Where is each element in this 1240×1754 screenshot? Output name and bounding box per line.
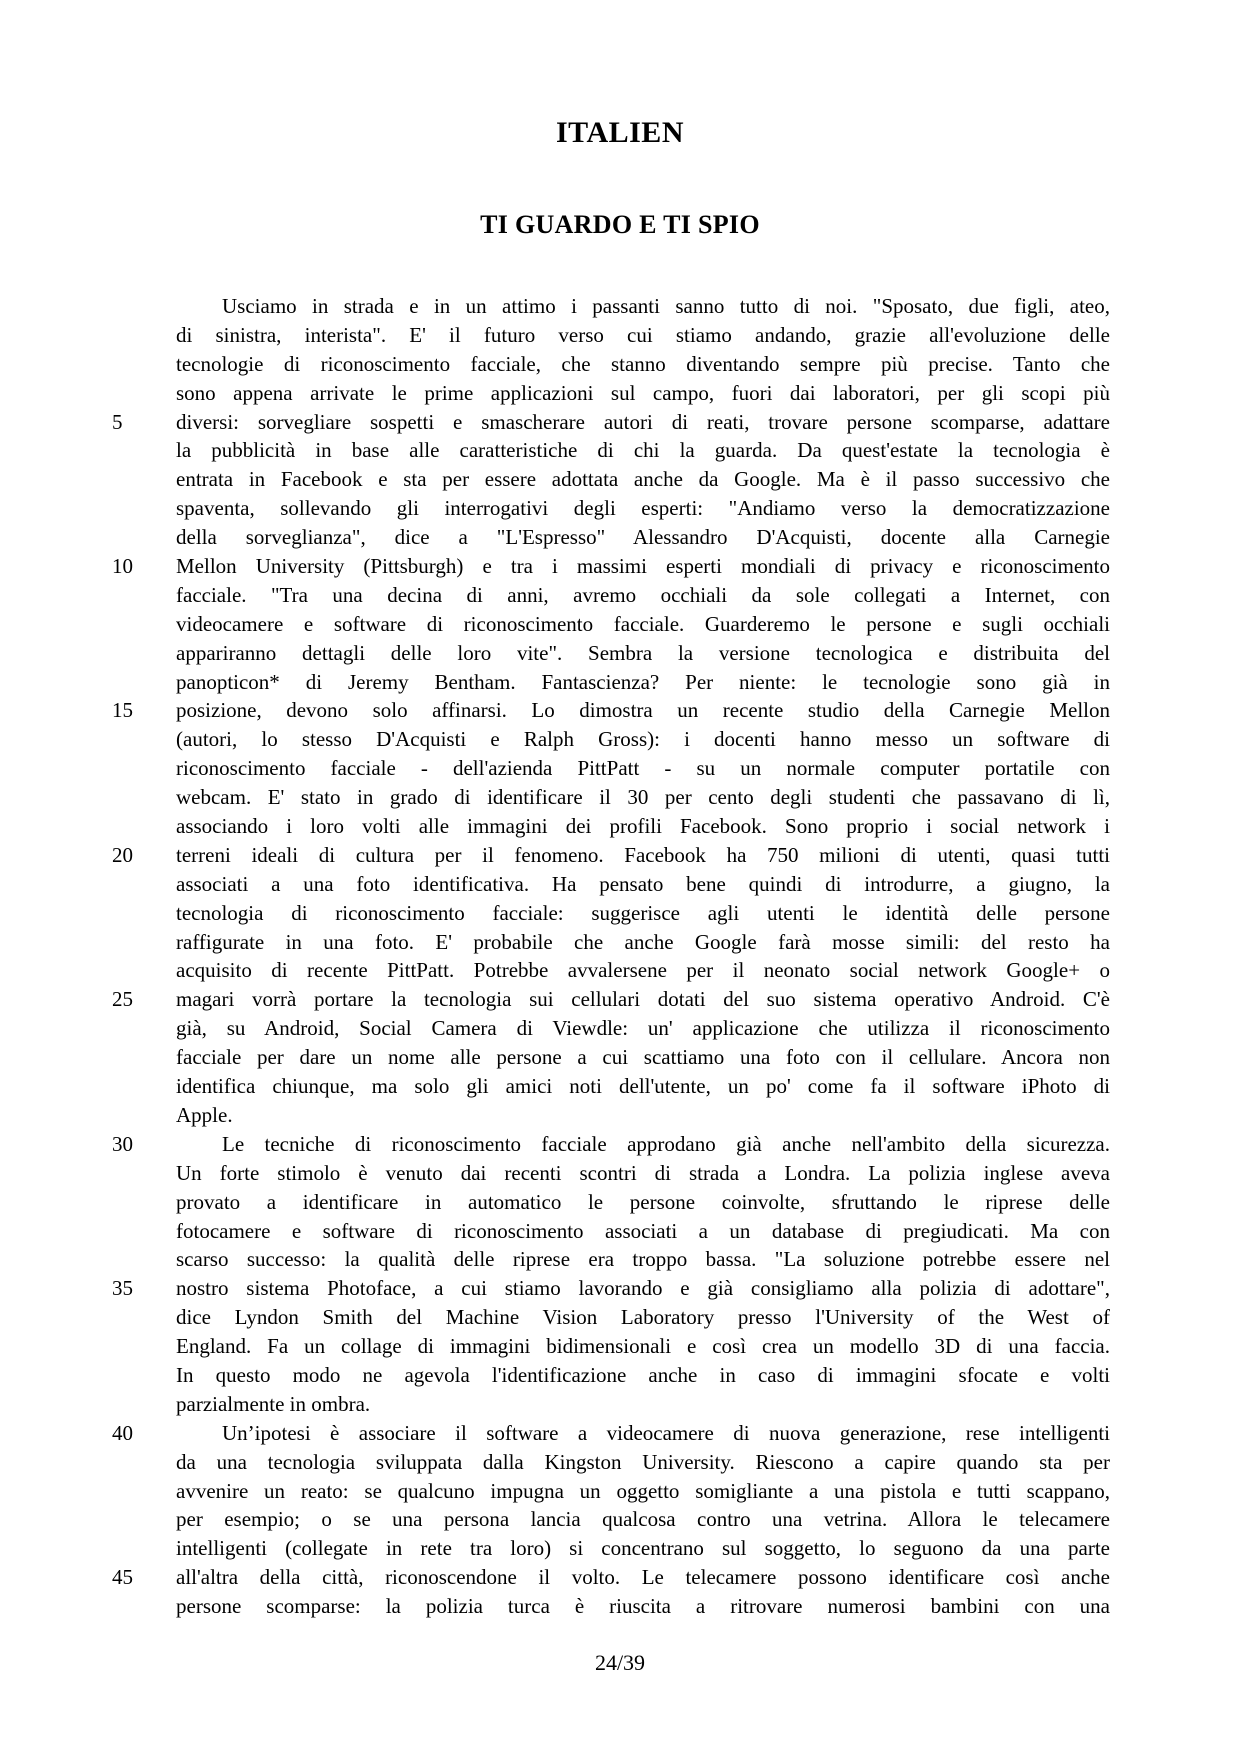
line-number <box>112 1477 176 1506</box>
text-line: parzialmente in ombra. <box>112 1390 1110 1419</box>
line-text: Mellon University (Pittsburgh) e tra i m… <box>176 552 1110 581</box>
page-number: 24/39 <box>0 1650 1240 1676</box>
line-number <box>112 610 176 639</box>
line-number: 25 <box>112 985 176 1014</box>
line-number <box>112 1505 176 1534</box>
text-line: spaventa, sollevando gli interrogativi d… <box>112 494 1110 523</box>
text-body: Usciamo in strada e in un attimo i passa… <box>112 292 1110 1621</box>
line-text: posizione, devono solo affinarsi. Lo dim… <box>176 696 1110 725</box>
line-number <box>112 956 176 985</box>
line-text: facciale per dare un nome alle persone a… <box>176 1043 1110 1072</box>
line-number <box>112 465 176 494</box>
line-text: appariranno dettagli delle loro vite". S… <box>176 639 1110 668</box>
line-number <box>112 1448 176 1477</box>
text-line: entrata in Facebook e sta per essere ado… <box>112 465 1110 494</box>
document-title: ITALIEN <box>0 116 1240 150</box>
line-number: 30 <box>112 1130 176 1159</box>
line-text: tecnologia di riconoscimento facciale: s… <box>176 899 1110 928</box>
text-line: 40 Un’ipotesi è associare il software a … <box>112 1419 1110 1448</box>
text-line: facciale per dare un nome alle persone a… <box>112 1043 1110 1072</box>
line-text: (autori, lo stesso D'Acquisti e Ralph Gr… <box>176 725 1110 754</box>
text-line: England. Fa un collage di immagini bidim… <box>112 1332 1110 1361</box>
text-line: 30 Le tecniche di riconoscimento faccial… <box>112 1130 1110 1159</box>
line-text: avvenire un reato: se qualcuno impugna u… <box>176 1477 1110 1506</box>
line-number <box>112 899 176 928</box>
line-text: nostro sistema Photoface, a cui stiamo l… <box>176 1274 1110 1303</box>
line-number <box>112 1303 176 1332</box>
line-number <box>112 350 176 379</box>
line-text: webcam. E' stato in grado di identificar… <box>176 783 1110 812</box>
text-line: acquisito di recente PittPatt. Potrebbe … <box>112 956 1110 985</box>
text-line: della sorveglianza", dice a "L'Espresso"… <box>112 523 1110 552</box>
text-line: facciale. "Tra una decina di anni, avrem… <box>112 581 1110 610</box>
text-line: di sinistra, interista". E' il futuro ve… <box>112 321 1110 350</box>
line-number <box>112 812 176 841</box>
line-number <box>112 1014 176 1043</box>
line-number <box>112 292 176 321</box>
text-line: la pubblicità in base alle caratteristic… <box>112 436 1110 465</box>
line-text: Le tecniche di riconoscimento facciale a… <box>176 1130 1110 1159</box>
text-line: 20 terreni ideali di cultura per il feno… <box>112 841 1110 870</box>
line-text: panopticon* di Jeremy Bentham. Fantascie… <box>176 668 1110 697</box>
text-line: fotocamere e software di riconoscimento … <box>112 1217 1110 1246</box>
line-number <box>112 1361 176 1390</box>
line-text: già, su Android, Social Camera di Viewdl… <box>176 1014 1110 1043</box>
text-line: raffigurate in una foto. E' probabile ch… <box>112 928 1110 957</box>
text-line: dice Lyndon Smith del Machine Vision Lab… <box>112 1303 1110 1332</box>
line-text: facciale. "Tra una decina di anni, avrem… <box>176 581 1110 610</box>
line-number: 45 <box>112 1563 176 1592</box>
line-number <box>112 523 176 552</box>
text-line: 25 magari vorrà portare la tecnologia su… <box>112 985 1110 1014</box>
line-number: 15 <box>112 696 176 725</box>
line-number <box>112 1534 176 1563</box>
line-text: Un forte stimolo è venuto dai recenti sc… <box>176 1159 1110 1188</box>
line-text: associando i loro volti alle immagini de… <box>176 812 1110 841</box>
text-line: (autori, lo stesso D'Acquisti e Ralph Gr… <box>112 725 1110 754</box>
line-number <box>112 928 176 957</box>
line-number <box>112 321 176 350</box>
line-number <box>112 379 176 408</box>
text-line: panopticon* di Jeremy Bentham. Fantascie… <box>112 668 1110 697</box>
line-number <box>112 668 176 697</box>
line-text: riconoscimento facciale - dell'azienda P… <box>176 754 1110 783</box>
line-number <box>112 1188 176 1217</box>
text-line: per esempio; o se una persona lancia qua… <box>112 1505 1110 1534</box>
line-number <box>112 1390 176 1419</box>
line-text: all'altra della città, riconoscendone il… <box>176 1563 1110 1592</box>
line-number <box>112 1217 176 1246</box>
line-text: tecnologie di riconoscimento facciale, c… <box>176 350 1110 379</box>
line-text: diversi: sorvegliare sospetti e smascher… <box>176 408 1110 437</box>
text-line: In questo modo ne agevola l'identificazi… <box>112 1361 1110 1390</box>
line-number: 5 <box>112 408 176 437</box>
text-line: riconoscimento facciale - dell'azienda P… <box>112 754 1110 783</box>
document-page: ITALIEN TI GUARDO E TI SPIO Usciamo in s… <box>0 0 1240 1754</box>
text-line: persone scomparse: la polizia turca è ri… <box>112 1592 1110 1621</box>
text-line: webcam. E' stato in grado di identificar… <box>112 783 1110 812</box>
line-text: spaventa, sollevando gli interrogativi d… <box>176 494 1110 523</box>
line-text: Usciamo in strada e in un attimo i passa… <box>176 292 1110 321</box>
line-text: parzialmente in ombra. <box>176 1390 1110 1419</box>
line-text: England. Fa un collage di immagini bidim… <box>176 1332 1110 1361</box>
text-line: Usciamo in strada e in un attimo i passa… <box>112 292 1110 321</box>
text-line: tecnologia di riconoscimento facciale: s… <box>112 899 1110 928</box>
line-text: provato a identificare in automatico le … <box>176 1188 1110 1217</box>
line-number <box>112 436 176 465</box>
line-number <box>112 1592 176 1621</box>
line-text: fotocamere e software di riconoscimento … <box>176 1217 1110 1246</box>
text-line: 45 all'altra della città, riconoscendone… <box>112 1563 1110 1592</box>
line-number: 35 <box>112 1274 176 1303</box>
line-text: raffigurate in una foto. E' probabile ch… <box>176 928 1110 957</box>
line-text: identifica chiunque, ma solo gli amici n… <box>176 1072 1110 1101</box>
line-text: della sorveglianza", dice a "L'Espresso"… <box>176 523 1110 552</box>
line-text: sono appena arrivate le prime applicazio… <box>176 379 1110 408</box>
line-text: associati a una foto identificativa. Ha … <box>176 870 1110 899</box>
text-line: associati a una foto identificativa. Ha … <box>112 870 1110 899</box>
line-number: 40 <box>112 1419 176 1448</box>
line-number <box>112 581 176 610</box>
line-number <box>112 1072 176 1101</box>
text-line: videocamere e software di riconoscimento… <box>112 610 1110 639</box>
text-line: tecnologie di riconoscimento facciale, c… <box>112 350 1110 379</box>
line-text: Apple. <box>176 1101 1110 1130</box>
line-text: terreni ideali di cultura per il fenomen… <box>176 841 1110 870</box>
line-number <box>112 639 176 668</box>
line-text: da una tecnologia sviluppata dalla Kings… <box>176 1448 1110 1477</box>
text-line: già, su Android, Social Camera di Viewdl… <box>112 1014 1110 1043</box>
text-line: sono appena arrivate le prime applicazio… <box>112 379 1110 408</box>
line-number <box>112 1159 176 1188</box>
line-text: per esempio; o se una persona lancia qua… <box>176 1505 1110 1534</box>
text-line: 5 diversi: sorvegliare sospetti e smasch… <box>112 408 1110 437</box>
line-text: Un’ipotesi è associare il software a vid… <box>176 1419 1110 1448</box>
line-text: videocamere e software di riconoscimento… <box>176 610 1110 639</box>
line-text: scarso successo: la qualità delle ripres… <box>176 1245 1110 1274</box>
text-line: 10 Mellon University (Pittsburgh) e tra … <box>112 552 1110 581</box>
line-number <box>112 1043 176 1072</box>
line-number <box>112 1332 176 1361</box>
text-line: 35 nostro sistema Photoface, a cui stiam… <box>112 1274 1110 1303</box>
text-line: intelligenti (collegate in rete tra loro… <box>112 1534 1110 1563</box>
line-number <box>112 725 176 754</box>
line-text: dice Lyndon Smith del Machine Vision Lab… <box>176 1303 1110 1332</box>
line-number <box>112 754 176 783</box>
line-number <box>112 1245 176 1274</box>
line-number <box>112 870 176 899</box>
text-line: avvenire un reato: se qualcuno impugna u… <box>112 1477 1110 1506</box>
line-number <box>112 494 176 523</box>
line-text: intelligenti (collegate in rete tra loro… <box>176 1534 1110 1563</box>
line-number <box>112 783 176 812</box>
line-text: entrata in Facebook e sta per essere ado… <box>176 465 1110 494</box>
document-subtitle: TI GUARDO E TI SPIO <box>0 210 1240 240</box>
line-text: magari vorrà portare la tecnologia sui c… <box>176 985 1110 1014</box>
line-text: di sinistra, interista". E' il futuro ve… <box>176 321 1110 350</box>
text-line: identifica chiunque, ma solo gli amici n… <box>112 1072 1110 1101</box>
text-line: associando i loro volti alle immagini de… <box>112 812 1110 841</box>
text-line: Un forte stimolo è venuto dai recenti sc… <box>112 1159 1110 1188</box>
text-line: scarso successo: la qualità delle ripres… <box>112 1245 1110 1274</box>
line-text: In questo modo ne agevola l'identificazi… <box>176 1361 1110 1390</box>
line-text: persone scomparse: la polizia turca è ri… <box>176 1592 1110 1621</box>
text-line: Apple. <box>112 1101 1110 1130</box>
text-line: provato a identificare in automatico le … <box>112 1188 1110 1217</box>
line-number <box>112 1101 176 1130</box>
line-number: 20 <box>112 841 176 870</box>
text-line: da una tecnologia sviluppata dalla Kings… <box>112 1448 1110 1477</box>
line-text: la pubblicità in base alle caratteristic… <box>176 436 1110 465</box>
text-line: 15 posizione, devono solo affinarsi. Lo … <box>112 696 1110 725</box>
text-line: appariranno dettagli delle loro vite". S… <box>112 639 1110 668</box>
line-number: 10 <box>112 552 176 581</box>
line-text: acquisito di recente PittPatt. Potrebbe … <box>176 956 1110 985</box>
